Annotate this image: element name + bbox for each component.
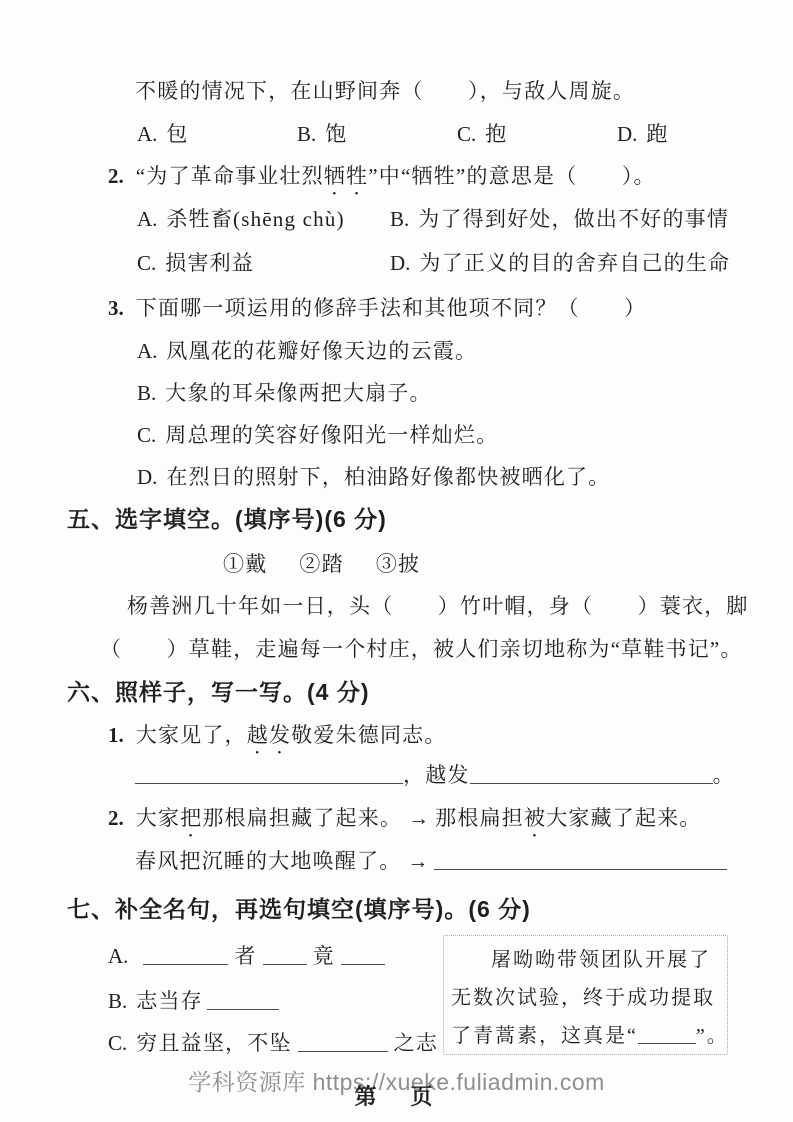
emphasized-word: 牺牲 — [324, 164, 368, 188]
word-bank-option-3: ③披 — [376, 549, 420, 579]
q3-option-a: A.凤凰花的花瓣好像天边的云霞。 — [137, 336, 477, 366]
answer-blank — [143, 947, 228, 965]
quote-box-line2: 无数次试验，终于成功提取 — [451, 979, 720, 1017]
section7-item-c: C.穷且益坚，不坠之志 — [108, 1028, 438, 1058]
q1-options-row: A.包 B.饱 C.抱 D.跑 — [137, 119, 669, 149]
section7-title: 七、补全名句，再选句填空(填序号)。(6 分) — [67, 894, 531, 924]
answer-blank — [434, 852, 727, 870]
q3-option-c: C.周总理的笑容好像阳光一样灿烂。 — [137, 420, 498, 450]
q3-option-b: B.大象的耳朵像两把大扇子。 — [137, 378, 432, 408]
section7-item-b: B.志当存 — [108, 986, 279, 1016]
q1-option-c: C.抱 — [457, 119, 617, 149]
emphasized-word: 越发 — [247, 723, 291, 747]
section5-title: 五、选字填空。(填序号)(6 分) — [67, 504, 387, 534]
q1-stem-continuation: 不暖的情况下，在山野间奔（ ），与敌人周旋。 — [135, 76, 635, 106]
quote-box-line3: 了青蒿素，这真是“”。 — [451, 1017, 720, 1055]
answer-blank — [470, 766, 713, 784]
answer-blank — [341, 947, 385, 965]
answer-blank — [207, 992, 279, 1010]
section6-item2-task: 春风把沉睡的大地唤醒了。→ — [135, 846, 727, 876]
q2-stem: 2.“为了革命事业壮烈牺牲”中“牺牲”的意思是（ ）。 — [108, 161, 656, 200]
exam-page: 不暖的情况下，在山野间奔（ ），与敌人周旋。 A.包 B.饱 C.抱 D.跑 2… — [0, 0, 793, 1122]
q2-option-d: D.为了正义的目的舍弃自己的生命 — [390, 248, 730, 278]
section6-item1-answer-line: ，越发。 — [135, 760, 735, 790]
q2-option-c: C.损害利益 — [137, 248, 390, 278]
q2-option-a: A.杀牲畜(shēng chù) — [137, 204, 390, 234]
q3-stem: 3.下面哪一项运用的修辞手法和其他项不同？（ ） — [108, 293, 646, 323]
section7-item-a: A.者竟 — [108, 941, 385, 971]
arrow-icon: → — [408, 806, 429, 830]
page-number-label: 第 页 — [0, 1080, 793, 1111]
word-bank-option-2: ②踏 — [299, 549, 343, 579]
word-bank-option-1: ①戴 — [223, 549, 267, 579]
emphasized-word: 把 — [180, 806, 202, 830]
section5-sentence-line1: 杨善洲几十年如一日，头（ ）竹叶帽，身（ ）蓑衣，脚 — [127, 591, 749, 621]
arrow-icon: → — [407, 849, 428, 873]
q2-options-row2: C.损害利益 D.为了正义的目的舍弃自己的生命 — [137, 248, 730, 278]
section6-title: 六、照样子，写一写。(4 分) — [67, 677, 370, 707]
answer-blank — [638, 1026, 696, 1044]
quote-box-line1: 屠呦呦带领团队开展了 — [451, 941, 720, 979]
emphasized-word: 被 — [524, 806, 546, 830]
answer-blank — [263, 947, 307, 965]
q1-option-b: B.饱 — [297, 119, 457, 149]
answer-blank — [298, 1034, 388, 1052]
q2-options-row1: A.杀牲畜(shēng chù) B.为了得到好处，做出不好的事情 — [137, 204, 729, 234]
section6-item1-example: 1.大家见了，越发敬爱朱德同志。 — [108, 720, 447, 759]
q3-option-d: D.在烈日的照射下，柏油路好像都快被晒化了。 — [137, 462, 610, 492]
q1-option-d: D.跑 — [617, 119, 669, 149]
q1-option-a: A.包 — [137, 119, 297, 149]
answer-blank — [135, 766, 403, 784]
section5-word-bank: ①戴 ②踏 ③披 — [223, 549, 420, 579]
q2-option-b: B.为了得到好处，做出不好的事情 — [390, 204, 729, 234]
section5-sentence-line2: （ ）草鞋，走遍每一个村庄，被人们亲切地称为“草鞋书记”。 — [100, 634, 743, 664]
section6-item2-example: 2.大家把那根扁担藏了起来。→那根扁担被大家藏了起来。 — [108, 803, 702, 842]
quote-box: 屠呦呦带领团队开展了 无数次试验，终于成功提取 了青蒿素，这真是“”。 — [443, 935, 728, 1055]
